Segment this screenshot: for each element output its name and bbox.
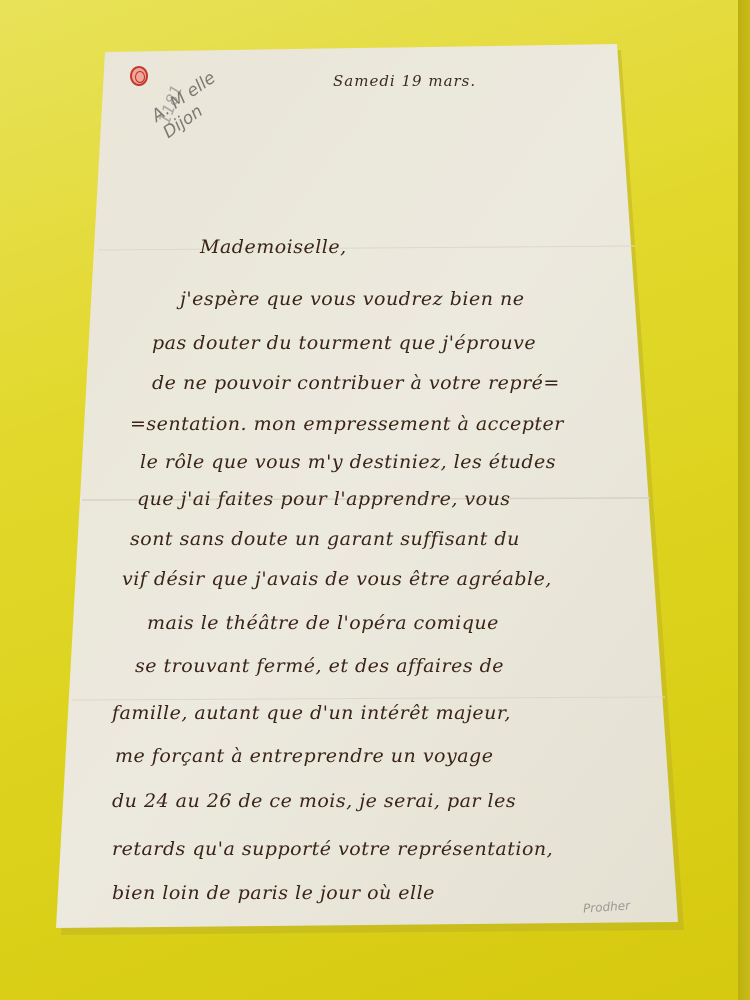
letter-date: Samedi 19 mars. [333, 72, 476, 90]
letter-salutation: Mademoiselle, [200, 236, 347, 258]
letter-line: bien loin de paris le jour où elle [112, 882, 435, 904]
letter-line: pas douter du tourment que j'éprouve [152, 332, 536, 354]
letter-line: j'espère que vous voudrez bien ne [180, 288, 524, 310]
letter-line: se trouvant fermé, et des affaires de [135, 655, 504, 677]
letter-line: le rôle que vous m'y destiniez, les étud… [140, 451, 556, 473]
letter-line: mais le théâtre de l'opéra comique [147, 612, 499, 634]
letter-line: sont sans doute un garant suffisant du [130, 528, 520, 550]
letter-paper: 1181 A. M elle Dijon Samedi 19 mars. Mad… [0, 0, 750, 1000]
letter-line: de ne pouvoir contribuer à votre repré= [152, 372, 560, 394]
letter-line: me forçant à entreprendre un voyage [115, 745, 493, 767]
letter-line: du 24 au 26 de ce mois, je serai, par le… [112, 790, 516, 812]
letter-line: famille, autant que d'un intérêt majeur, [112, 702, 511, 724]
library-stamp-icon [130, 66, 148, 86]
letter-line: retards qu'a supporté votre représentati… [112, 838, 553, 860]
letter-line: vif désir que j'avais de vous être agréa… [122, 568, 552, 590]
letter-line: que j'ai faites pour l'apprendre, vous [137, 488, 511, 510]
letter-line: =sentation. mon empressement à accepter [130, 413, 564, 435]
